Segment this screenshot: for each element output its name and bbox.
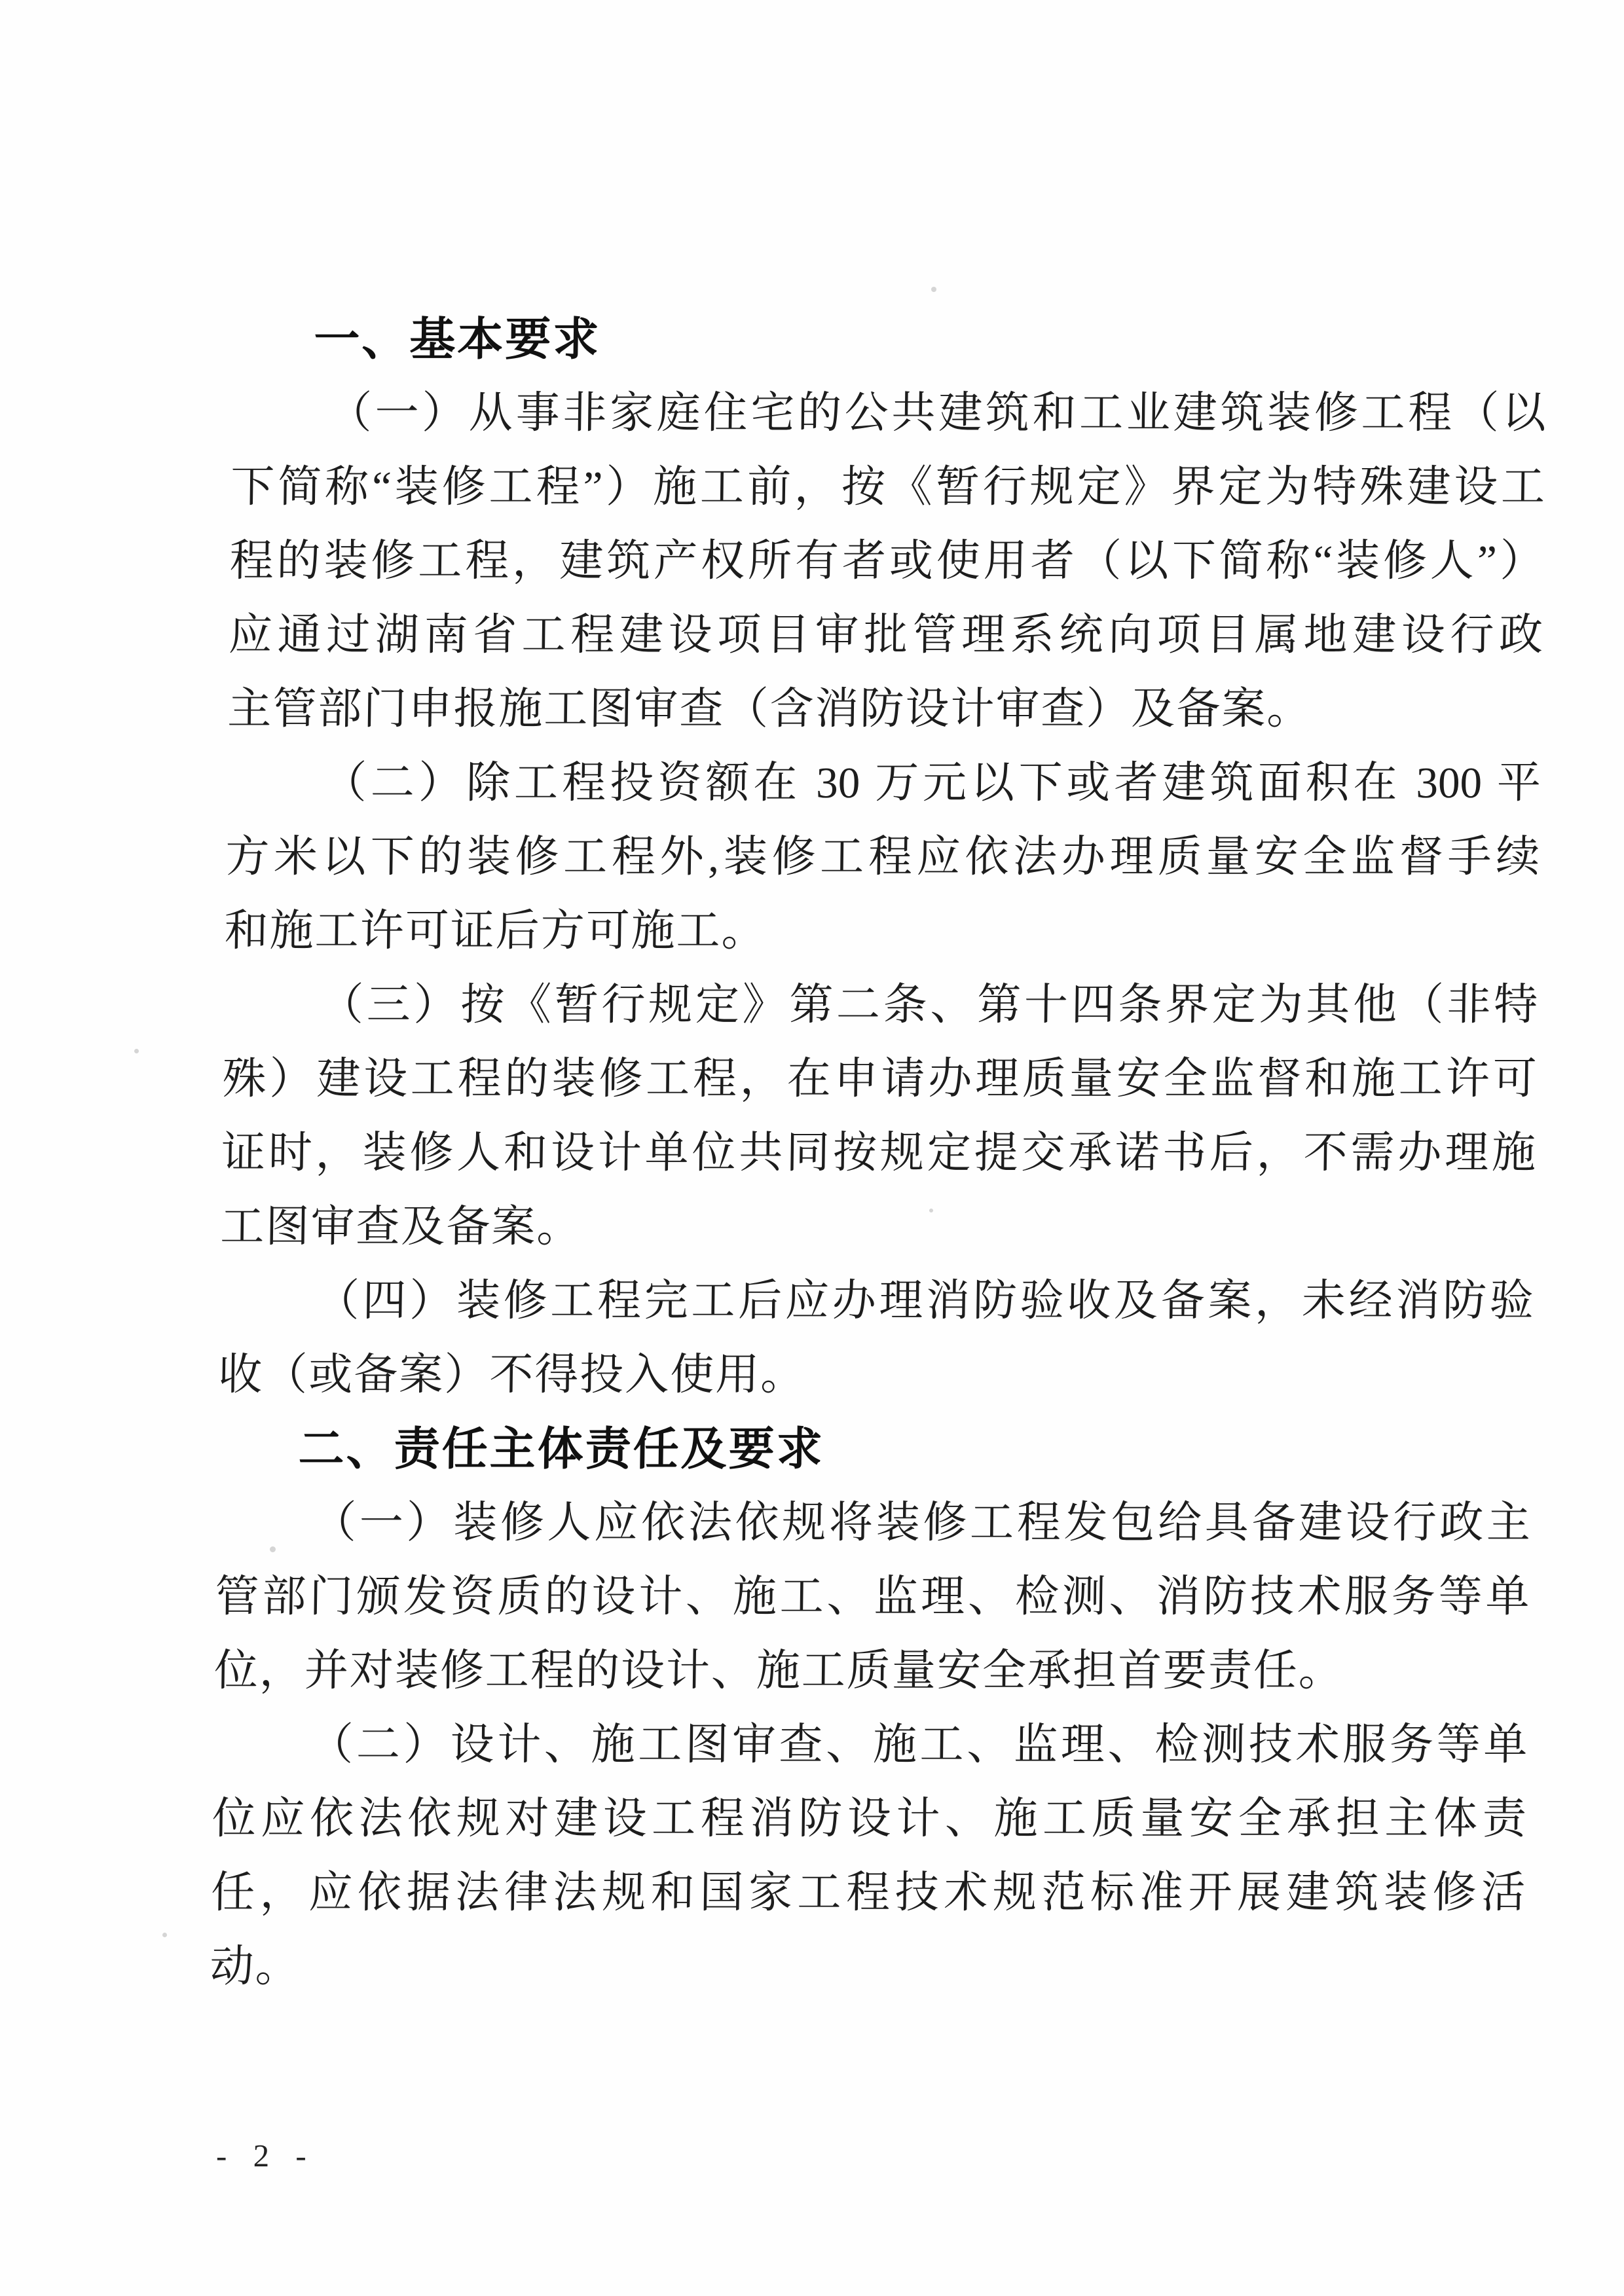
page-number: - 2 - (216, 2133, 316, 2179)
section-2-para-2: （二）设计、施工图审查、施工、监理、检测技术服务等单位应依法依规对建设工程消防设… (210, 1708, 1528, 2004)
section-1-para-3-line-1: （三）按《暂行规定》第二条、第十四条界定为其他（非特 (223, 968, 1538, 1042)
section-1-para-4-line-1: （四）装修工程完工后应办理消防验收及备案，未经消防验 (219, 1264, 1534, 1338)
section-1-heading: 一、基本要求 (232, 302, 1548, 376)
section-2-para-2-line-1: （二）设计、施工图审查、施工、监理、检测技术服务等单 (213, 1708, 1528, 1782)
section-1-para-2-line-1: （二）除工程投资额在 30 万元以下或者建筑面积在 300 平 (226, 746, 1541, 820)
section-1-para-1-line-5: 主管部门申报施工图审查（含消防设计审查）及备案。 (227, 672, 1543, 746)
section-2-para-2-line-3: 任，应依据法律法规和国家工程技术规范标准开展建筑装修活 (210, 1856, 1526, 1930)
section-2-para-1-line-2: 管部门颁发资质的设计、施工、监理、检测、消防技术服务等单 (215, 1560, 1530, 1634)
section-1-para-3-line-4: 工图审查及备案。 (220, 1190, 1536, 1264)
document-body: 一、基本要求（一）从事非家庭住宅的公共建筑和工业建筑装修工程（以下简称“装修工程… (210, 302, 1547, 2004)
section-2-para-1-line-3: 位，并对装修工程的设计、施工质量安全承担首要责任。 (213, 1634, 1529, 1708)
section-2-para-1-line-1: （一）装修人应依法依规将装修工程发包给具备建设行政主 (215, 1486, 1531, 1560)
section-1-para-1-line-3: 程的装修工程，建筑产权所有者或使用者（以下简称“装修人”） (229, 524, 1545, 598)
section-1-para-3-line-3: 证时，装修人和设计单位共同按规定提交承诺书后，不需办理施 (221, 1116, 1536, 1190)
section-1-para-2-line-2: 方米以下的装修工程外,装修工程应依法办理质量安全监督手续 (225, 820, 1541, 894)
section-2-para-2-line-4: 动。 (210, 1930, 1525, 2004)
section-1-para-2: （二）除工程投资额在 30 万元以下或者建筑面积在 300 平方米以下的装修工程… (224, 746, 1541, 968)
section-1-para-3: （三）按《暂行规定》第二条、第十四条界定为其他（非特殊）建设工程的装修工程，在申… (220, 968, 1538, 1264)
section-1-para-4-line-2: 收（或备案）不得投入使用。 (217, 1338, 1533, 1412)
section-1-para-3-line-2: 殊）建设工程的装修工程，在申请办理质量安全监督和施工许可 (222, 1042, 1538, 1116)
section-1-para-1-line-2: 下简称“装修工程”）施工前，按《暂行规定》界定为特殊建设工 (230, 450, 1545, 524)
section-1-para-1-line-1: （一）从事非家庭住宅的公共建筑和工业建筑装修工程（以 (231, 376, 1547, 450)
section-1-para-1-line-4: 应通过湖南省工程建设项目审批管理系统向项目属地建设行政 (228, 598, 1543, 672)
scan-speck (162, 1933, 167, 1937)
section-1-para-4: （四）装修工程完工后应办理消防验收及备案，未经消防验收（或备案）不得投入使用。 (217, 1264, 1534, 1412)
scan-speck (931, 287, 936, 292)
scan-speck (134, 1049, 139, 1053)
section-2-para-1: （一）装修人应依法依规将装修工程发包给具备建设行政主管部门颁发资质的设计、施工、… (213, 1486, 1531, 1708)
section-2-heading: 二、责任主体责任及要求 (217, 1412, 1532, 1486)
section-1-para-1: （一）从事非家庭住宅的公共建筑和工业建筑装修工程（以下简称“装修工程”）施工前，… (227, 376, 1547, 746)
scanned-document-page: 一、基本要求（一）从事非家庭住宅的公共建筑和工业建筑装修工程（以下简称“装修工程… (0, 0, 1624, 2296)
section-2-para-2-line-2: 位应依法依规对建设工程消防设计、施工质量安全承担主体责 (212, 1782, 1527, 1856)
section-1-para-2-line-3: 和施工许可证后方可施工。 (224, 894, 1540, 968)
